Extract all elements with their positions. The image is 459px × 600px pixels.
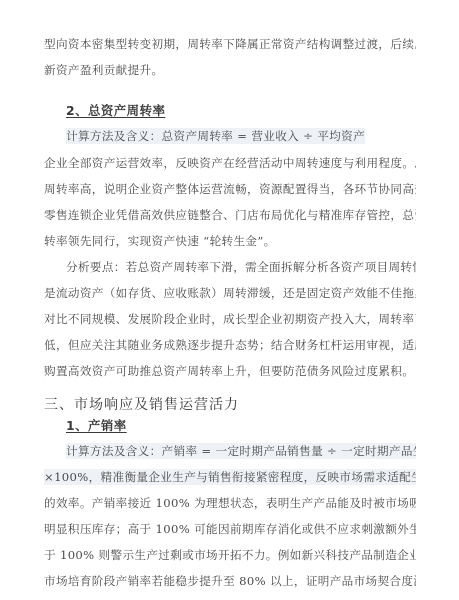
paragraph-line: 的效率。产销率接近 100% 为理想状态，表明生产产品能及时被市场吸纳，无: [44, 495, 416, 511]
paragraph-line: 企业全部资产运营效率，反映资产在经营活动中周转速度与利用程度。总资产: [44, 155, 416, 171]
formula-line-highlighted: 计算方法及含义：总资产周转率 = 营业收入 ÷ 平均资产总额，综合考量: [66, 128, 365, 144]
paragraph-line: 新资产盈利贡献提升。: [44, 62, 416, 78]
paragraph-line: 零售连锁企业凭借高效供应链整合、门店布局优化与精准库存管控，总资产周: [44, 207, 416, 223]
subsection-heading-production-sales-rate: 1、产销率: [66, 418, 127, 434]
paragraph-line: 低，但应关注其随业务成熟逐步提升态势；结合财务杠杆运用审视，适度负债: [44, 337, 416, 353]
paragraph-line: 对比不同规模、发展阶段企业时，成长型企业初期资产投入大，周转率可能较: [44, 311, 416, 327]
paragraph-line: 明显积压库存；高于 100% 可能因前期库存消化或供不应求刺激额外生产；低: [44, 521, 416, 537]
paragraph-line: 是流动资产（如存货、应收账款）周转滞缓，还是固定资产效能不佳拖累整体；: [44, 285, 416, 301]
paragraph-line: 型向资本密集型转变初期，周转率下降属正常资产结构调整过渡，后续应关注: [44, 36, 416, 52]
paragraph-line: 市场培育阶段产销率若能稳步提升至 80% 以上，证明产品市场契合度渐高，销: [44, 573, 416, 589]
formula-line-highlighted: ×100%，精准衡量企业生产与销售衔接紧密程度，反映市场需求适配生产供给: [44, 469, 416, 485]
paragraph-line: 于 100% 则警示生产过剩或市场开拓不力。例如新兴科技产品制造企业，初期: [44, 547, 416, 563]
section-heading-market-response: 三、市场响应及销售运营活力: [44, 396, 239, 414]
paragraph-line: 转率领先同行，实现资产快速 “轮转生金”。: [44, 233, 416, 249]
subsection-heading-total-asset-turnover: 2、总资产周转率: [66, 103, 165, 119]
paragraph-line: 购置高效资产可助推总资产周转率上升，但要防范债务风险过度累积。: [44, 363, 416, 379]
paragraph-line: 周转率高，说明企业资产整体运营流畅，资源配置得当，各环节协同高效。如: [44, 181, 416, 197]
formula-line-highlighted: 计算方法及含义：产销率 = 一定时期产品销售量 ÷ 一定时期产品生产量: [66, 443, 416, 459]
document-page: 型向资本密集型转变初期，周转率下降属正常资产结构调整过渡，后续应关注 新资产盈利…: [0, 0, 459, 600]
paragraph-line: 分析要点：若总资产周转率下滑，需全面拆解分析各资产项目周转情况，: [66, 259, 416, 275]
